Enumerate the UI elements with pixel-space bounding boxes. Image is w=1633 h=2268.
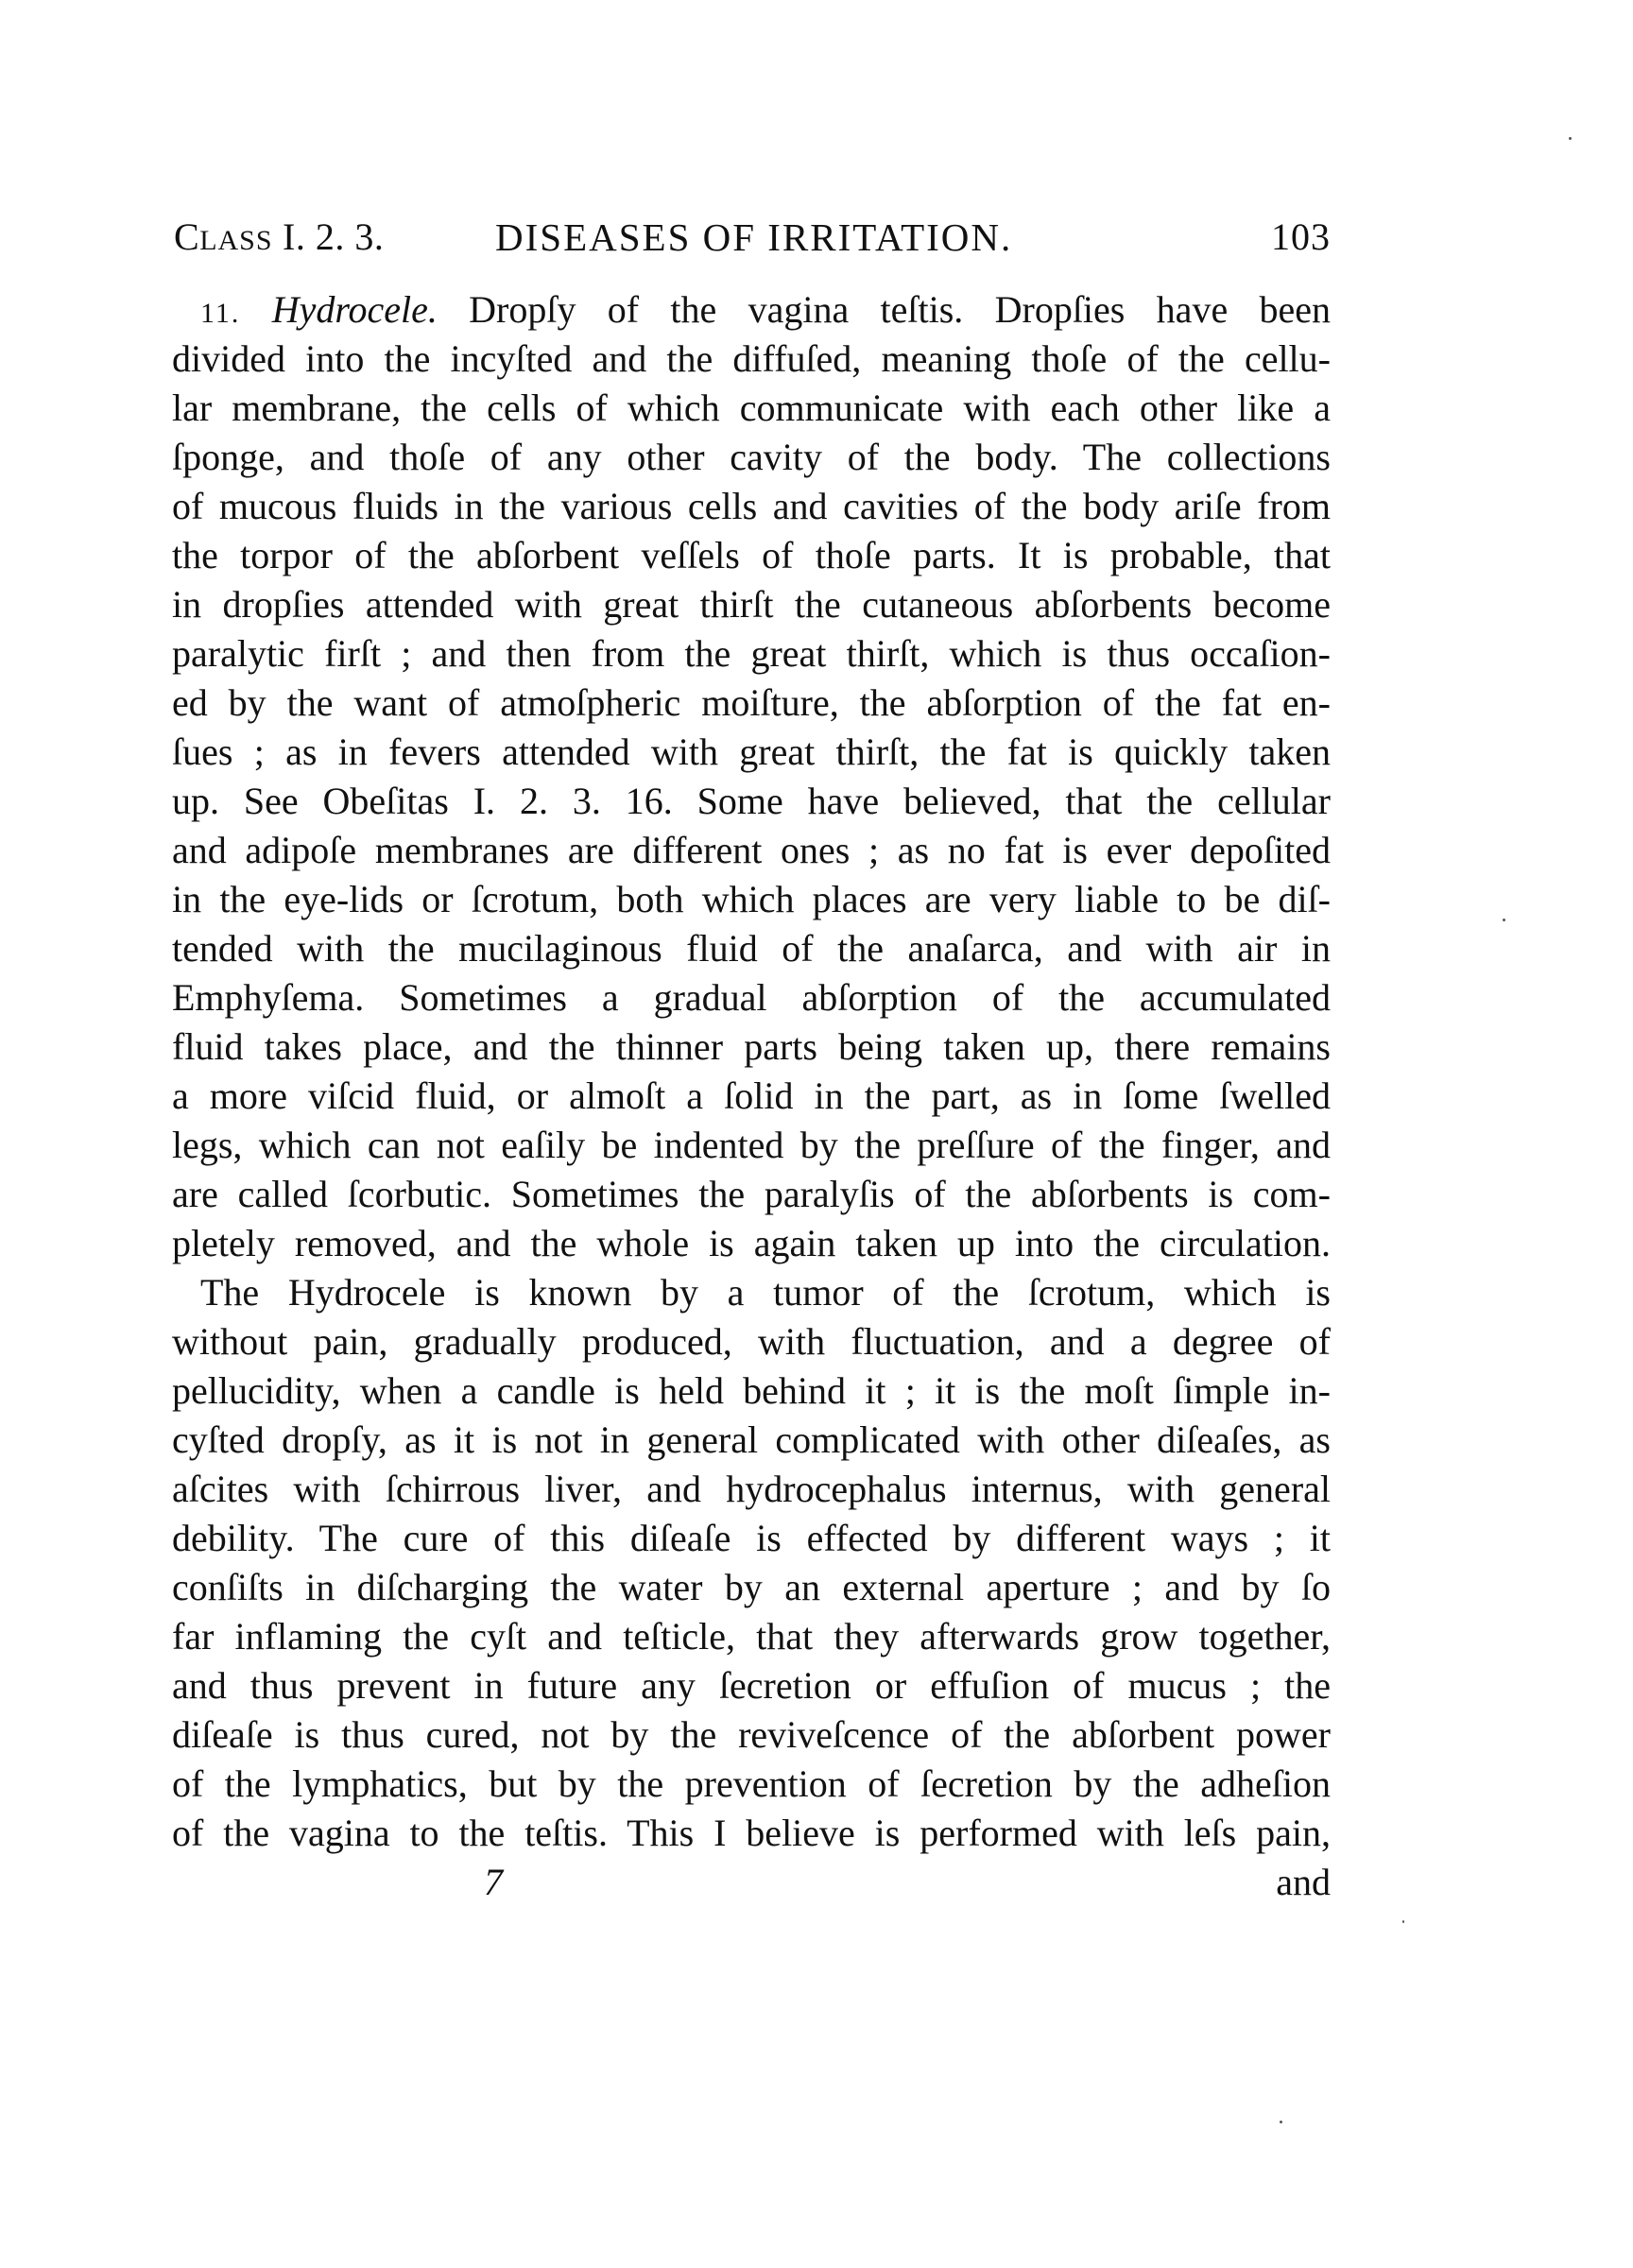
text-line: cyſted dropſy, as it is not in general c… (172, 1416, 1331, 1465)
text-line: conſiſts in diſcharging the water by an … (172, 1563, 1331, 1612)
text-line: legs, which can not eaſily be indented b… (172, 1121, 1331, 1170)
text-line: tended with the mucilaginous fluid of th… (172, 924, 1331, 973)
text-line: diſeaſe is thus cured, not by the revive… (172, 1710, 1331, 1760)
class-ref-numbers: I. 2. 3. (273, 215, 385, 258)
scan-speck (1569, 137, 1572, 140)
line-text: Dropſy of the vagina teſtis. Dropſies ha… (438, 288, 1331, 331)
text-line: pellucidity, when a candle is held behin… (172, 1366, 1331, 1416)
class-reference: CLASS I. 2. 3. (174, 214, 384, 265)
book-page: CLASS I. 2. 3. DISEASES OF IRRITATION. 1… (0, 0, 1633, 2268)
text-line: without pain, gradually produced, with f… (172, 1317, 1331, 1366)
paragraph-start-line: The Hydrocele is known by a tumor of the… (172, 1268, 1331, 1317)
text-line: of the lymphatics, but by the prevention… (172, 1760, 1331, 1809)
text-line: of mucous fluids in the various cells an… (172, 482, 1331, 531)
text-line: ed by the want of atmoſpheric moiſture, … (172, 679, 1331, 728)
text-line: a more viſcid fluid, or almoſt a ſolid i… (172, 1072, 1331, 1121)
class-label-smallcaps: LASS (199, 225, 272, 256)
page-footer: 7 and (172, 1858, 1331, 1907)
running-title: DISEASES OF IRRITATION. (495, 214, 1012, 261)
text-line: debility. The cure of this diſeaſe is ef… (172, 1514, 1331, 1563)
text-line: far inflaming the cyſt and teſticle, tha… (172, 1612, 1331, 1661)
text-line: up. See Obeſitas I. 2. 3. 16. Some have … (172, 777, 1331, 826)
text-line: fluid takes place, and the thinner parts… (172, 1022, 1331, 1072)
signature-mark: 7 (484, 1858, 503, 1907)
section-number: 11. (200, 298, 240, 329)
text-line: in the eye-lids or ſcrotum, both which p… (172, 875, 1331, 924)
text-line: the torpor of the abſorbent veſſels of t… (172, 531, 1331, 580)
catchword: and (1276, 1858, 1331, 1907)
scan-speck (1402, 1920, 1404, 1923)
scan-speck (1503, 919, 1505, 921)
section-title: Hydrocele. (272, 288, 438, 331)
text-line: pletely removed, and the whole is again … (172, 1219, 1331, 1268)
text-line: lar membrane, the cells of which communi… (172, 384, 1331, 433)
body-text: 11. Hydrocele. Dropſy of the vagina teſt… (172, 285, 1331, 1858)
text-line: and thus prevent in future any ſecretion… (172, 1661, 1331, 1710)
class-label-initial: C (174, 215, 199, 258)
text-line: in dropſies attended with great thirſt t… (172, 580, 1331, 629)
text-line: ſues ; as in fevers attended with great … (172, 728, 1331, 777)
text-line: and adipoſe membranes are different ones… (172, 826, 1331, 875)
page-number: 103 (1271, 214, 1331, 261)
text-line: of the vagina to the teſtis. This I beli… (172, 1809, 1331, 1858)
scan-speck (1280, 2121, 1282, 2123)
text-line: ſponge, and thoſe of any other cavity of… (172, 433, 1331, 482)
text-line: aſcites with ſchirrous liver, and hydroc… (172, 1465, 1331, 1514)
running-head: CLASS I. 2. 3. DISEASES OF IRRITATION. 1… (174, 214, 1332, 261)
text-line-1: 11. Hydrocele. Dropſy of the vagina teſt… (172, 285, 1331, 335)
text-line: paralytic firſt ; and then from the grea… (172, 629, 1331, 679)
text-line: divided into the incyſted and the diffuſ… (172, 335, 1331, 384)
text-line: are called ſcorbutic. Sometimes the para… (172, 1170, 1331, 1219)
text-line: Emphyſema. Sometimes a gradual abſorptio… (172, 973, 1331, 1022)
